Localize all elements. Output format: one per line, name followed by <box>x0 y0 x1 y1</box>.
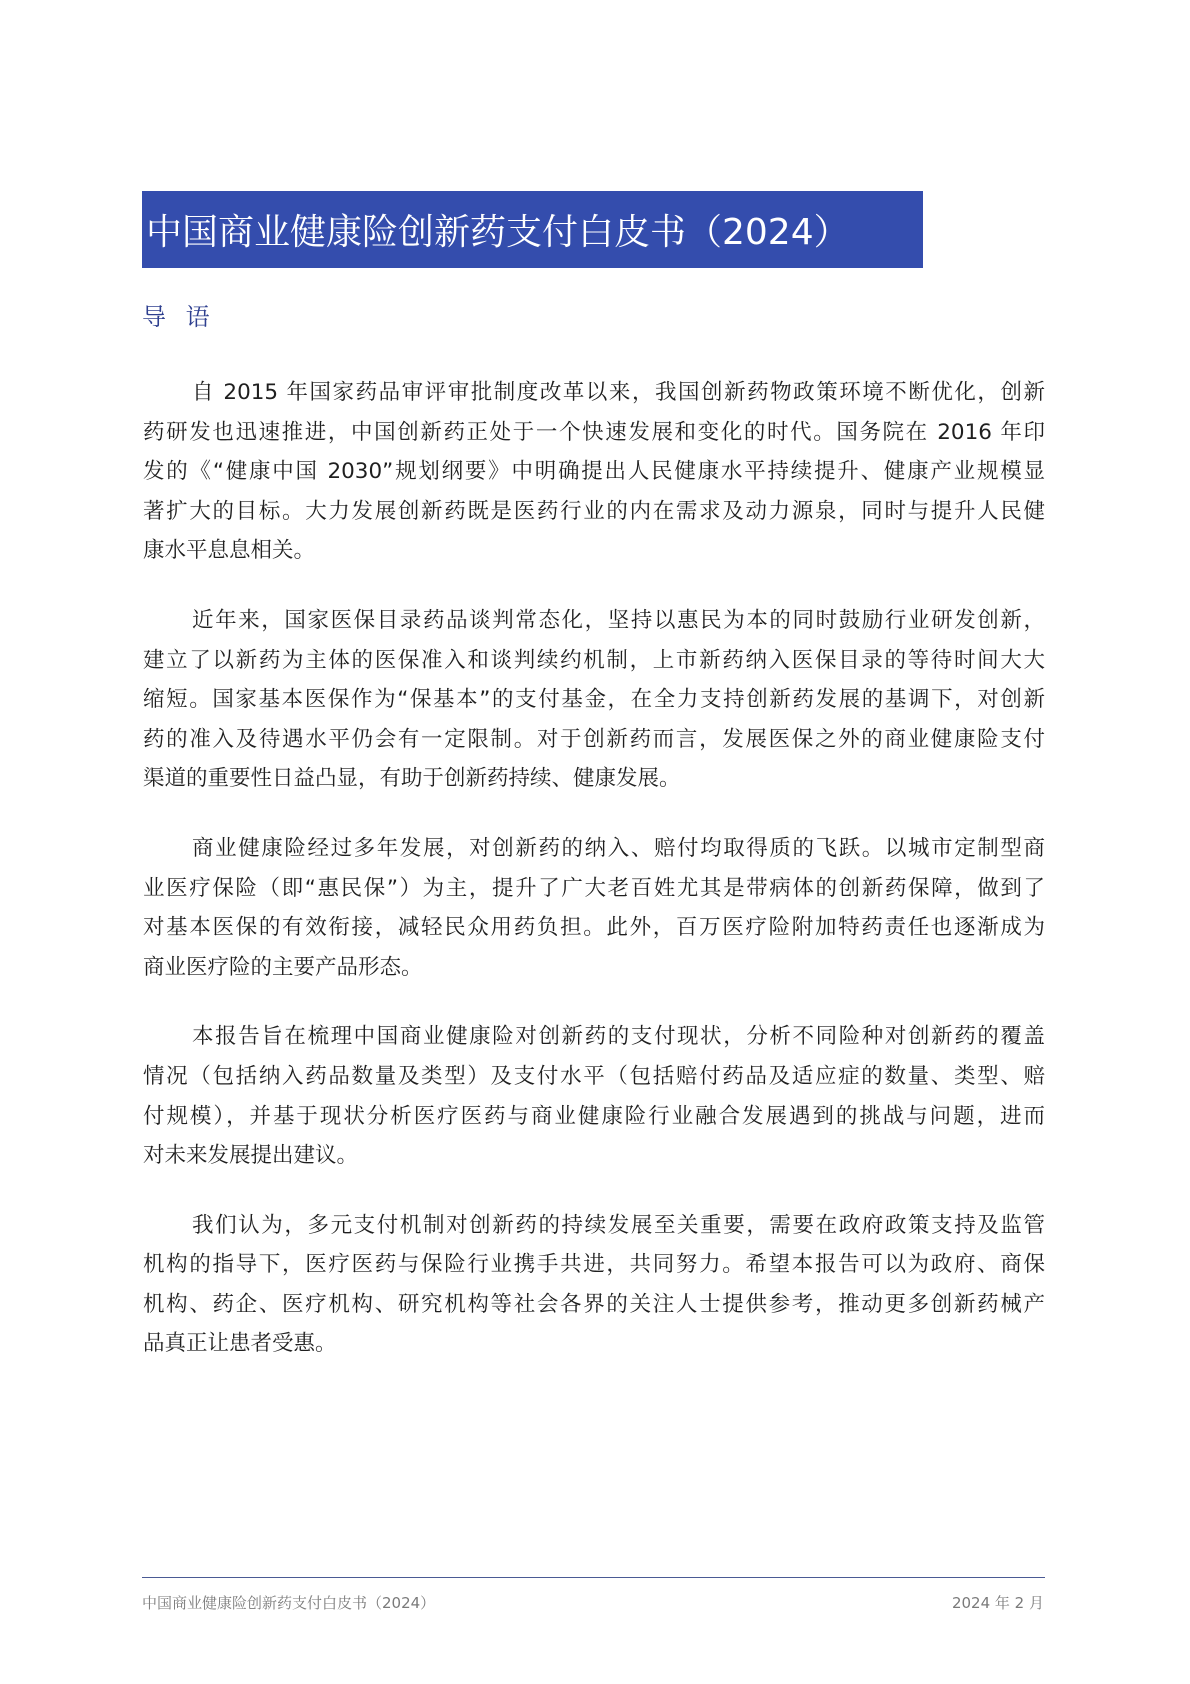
paragraph-line: 建立了以新药为主体的医保准入和谈判续约机制，上市新药纳入医保目录的等待时间大大 <box>143 641 1045 681</box>
paragraph-line: 渠道的重要性日益凸显，有助于创新药持续、健康发展。 <box>143 759 1045 799</box>
paragraph-line: 情况（包括纳入药品数量及类型）及支付水平（包括赔付药品及适应症的数量、类型、赔 <box>143 1057 1045 1097</box>
footer-document-title: 中国商业健康险创新药支付白皮书（2024） <box>142 1592 435 1613</box>
paragraph-line: 著扩大的目标。大力发展创新药既是医药行业的内在需求及动力源泉，同时与提升人民健 <box>143 492 1045 532</box>
paragraph-line: 近年来，国家医保目录药品谈判常态化，坚持以惠民为本的同时鼓励行业研发创新， <box>143 601 1045 641</box>
paragraph-1: 自 2015 年国家药品审评审批制度改革以来，我国创新药物政策环境不断优化，创新… <box>143 373 1045 571</box>
paragraph-line: 机构的指导下，医疗医药与保险行业携手共进，共同努力。希望本报告可以为政府、商保 <box>143 1245 1045 1285</box>
paragraph-line: 药的准入及待遇水平仍会有一定限制。对于创新药而言，发展医保之外的商业健康险支付 <box>143 720 1045 760</box>
paragraph-line: 商业健康险经过多年发展，对创新药的纳入、赔付均取得质的飞跃。以城市定制型商 <box>143 829 1045 869</box>
paragraph-line: 发的《“健康中国 2030”规划纲要》中明确提出人民健康水平持续提升、健康产业规… <box>143 452 1045 492</box>
paragraph-line: 业医疗保险（即“惠民保”）为主，提升了广大老百姓尤其是带病体的创新药保障，做到了 <box>143 869 1045 909</box>
paragraph-2: 近年来，国家医保目录药品谈判常态化，坚持以惠民为本的同时鼓励行业研发创新， 建立… <box>143 601 1045 799</box>
section-heading: 导 语 <box>142 297 216 332</box>
paragraph-3: 商业健康险经过多年发展，对创新药的纳入、赔付均取得质的飞跃。以城市定制型商 业医… <box>143 829 1045 987</box>
paragraph-line: 机构、药企、医疗机构、研究机构等社会各界的关注人士提供参考，推动更多创新药械产 <box>143 1285 1045 1325</box>
paragraph-line: 药研发也迅速推进，中国创新药正处于一个快速发展和变化的时代。国务院在 2016 … <box>143 413 1045 453</box>
paragraph-line: 缩短。国家基本医保作为“保基本”的支付基金，在全力支持创新药发展的基调下，对创新 <box>143 680 1045 720</box>
document-title: 中国商业健康险创新药支付白皮书（2024） <box>146 204 850 255</box>
footer-divider <box>142 1577 1045 1578</box>
paragraph-line: 我们认为，多元支付机制对创新药的持续发展至关重要，需要在政府政策支持及监管 <box>143 1206 1045 1246</box>
paragraph-line: 付规模），并基于现状分析医疗医药与商业健康险行业融合发展遇到的挑战与问题，进而 <box>143 1097 1045 1137</box>
paragraph-line: 品真正让患者受惠。 <box>143 1324 1045 1364</box>
title-banner: 中国商业健康险创新药支付白皮书（2024） <box>142 191 923 268</box>
paragraph-line: 自 2015 年国家药品审评审批制度改革以来，我国创新药物政策环境不断优化，创新 <box>143 373 1045 413</box>
paragraph-line: 对基本医保的有效衔接，减轻民众用药负担。此外，百万医疗险附加特药责任也逐渐成为 <box>143 908 1045 948</box>
footer-date: 2024 年 2 月 <box>952 1592 1044 1613</box>
paragraph-4: 本报告旨在梳理中国商业健康险对创新药的支付现状，分析不同险种对创新药的覆盖 情况… <box>143 1017 1045 1175</box>
body-text: 自 2015 年国家药品审评审批制度改革以来，我国创新药物政策环境不断优化，创新… <box>143 373 1045 1394</box>
paragraph-line: 商业医疗险的主要产品形态。 <box>143 948 1045 988</box>
paragraph-5: 我们认为，多元支付机制对创新药的持续发展至关重要，需要在政府政策支持及监管 机构… <box>143 1206 1045 1364</box>
paragraph-line: 对未来发展提出建议。 <box>143 1136 1045 1176</box>
paragraph-line: 康水平息息相关。 <box>143 531 1045 571</box>
paragraph-line: 本报告旨在梳理中国商业健康险对创新药的支付现状，分析不同险种对创新药的覆盖 <box>143 1017 1045 1057</box>
